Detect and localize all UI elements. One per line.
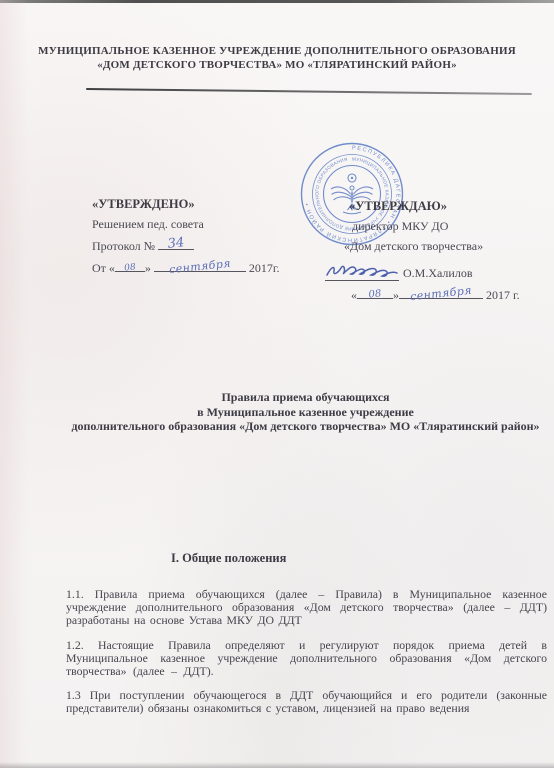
date-month-blank: сентября (154, 259, 246, 272)
director-signature (325, 260, 399, 281)
protocol-number-handwritten: 34 (167, 235, 185, 252)
section-heading-general-provisions: I. Общие положения (171, 551, 286, 566)
director-role: директор МКУ ДО (352, 219, 546, 234)
date-day-blank: 08 (357, 286, 393, 299)
approved-left-title: «УТВЕРЖДЕНО» (92, 197, 312, 212)
signature-line: О.М.Халилов (341, 260, 546, 281)
date-day-handwritten: 08 (368, 288, 382, 300)
scanned-document-page: МУНИЦИПАЛЬНОЕ КАЗЕННОЕ УЧРЕЖДЕНИЕ ДОПОЛН… (0, 0, 554, 768)
date-month-handwritten: сентября (410, 284, 473, 303)
document-title-line3: дополнительного образования «Дом детског… (57, 419, 554, 434)
date-day-handwritten: 08 (124, 262, 136, 273)
date-month-blank: сентября (399, 286, 483, 299)
document-title-line1: Правила приема обучающихся (57, 390, 554, 405)
scan-edge-bottom (0, 762, 554, 768)
paragraph-1-2: 1.2. Настоящие Правила определяют и регу… (66, 639, 547, 679)
date-close-quote: » (145, 261, 151, 275)
protocol-number-blank: 34 (158, 237, 194, 250)
signatory-name: О.М.Халилов (403, 266, 473, 280)
date-month-handwritten: сентября (168, 257, 231, 276)
organization-name-line2: «ДОМ ДЕТСКОГО ТВОРЧЕСТВА» МО «ТЛЯРАТИНСК… (0, 58, 554, 72)
paragraph-1-1: 1.1. Правила приема обучающихся (далее –… (66, 588, 547, 628)
date-year: 2017 г. (486, 288, 520, 302)
date-day-blank: 08 (115, 259, 145, 272)
approved-by-council-block: «УТВЕРЖДЕНО» Решением пед. совета Проток… (92, 197, 312, 276)
approved-right-title: «УТВЕРЖДАЮ» (349, 199, 546, 214)
date-year: 2017г. (249, 261, 280, 275)
signature-scribble-icon (325, 260, 399, 280)
date-prefix: От « (92, 261, 115, 275)
organization-name-line1: МУНИЦИПАЛЬНОЕ КАЗЕННОЕ УЧРЕЖДЕНИЕ ДОПОЛН… (0, 44, 554, 58)
director-organization: «Дом детского творчества» (344, 239, 546, 254)
scan-edge-left-tint (0, 0, 28, 768)
document-title-line2: в Муниципальное казенное учреждение (57, 405, 554, 420)
approved-by-director-block: «УТВЕРЖДАЮ» директор МКУ ДО «Дом детског… (341, 199, 546, 303)
approved-left-date-line: От «08» сентября 2017г. (92, 259, 312, 276)
scan-edge-top (0, 0, 554, 3)
organization-header: МУНИЦИПАЛЬНОЕ КАЗЕННОЕ УЧРЕЖДЕНИЕ ДОПОЛН… (0, 44, 554, 72)
document-title: Правила приема обучающихся в Муниципальн… (57, 390, 554, 434)
approved-left-body: Решением пед. совета (92, 217, 312, 232)
paragraph-1-3: 1.3 При поступлении обучающегося в ДДТ о… (66, 689, 547, 716)
protocol-line: Протокол № 34 (92, 237, 312, 254)
header-divider-line (86, 88, 532, 95)
approved-right-date-line: «08»сентября 2017 г. (351, 286, 546, 303)
protocol-label: Протокол № (92, 239, 155, 253)
